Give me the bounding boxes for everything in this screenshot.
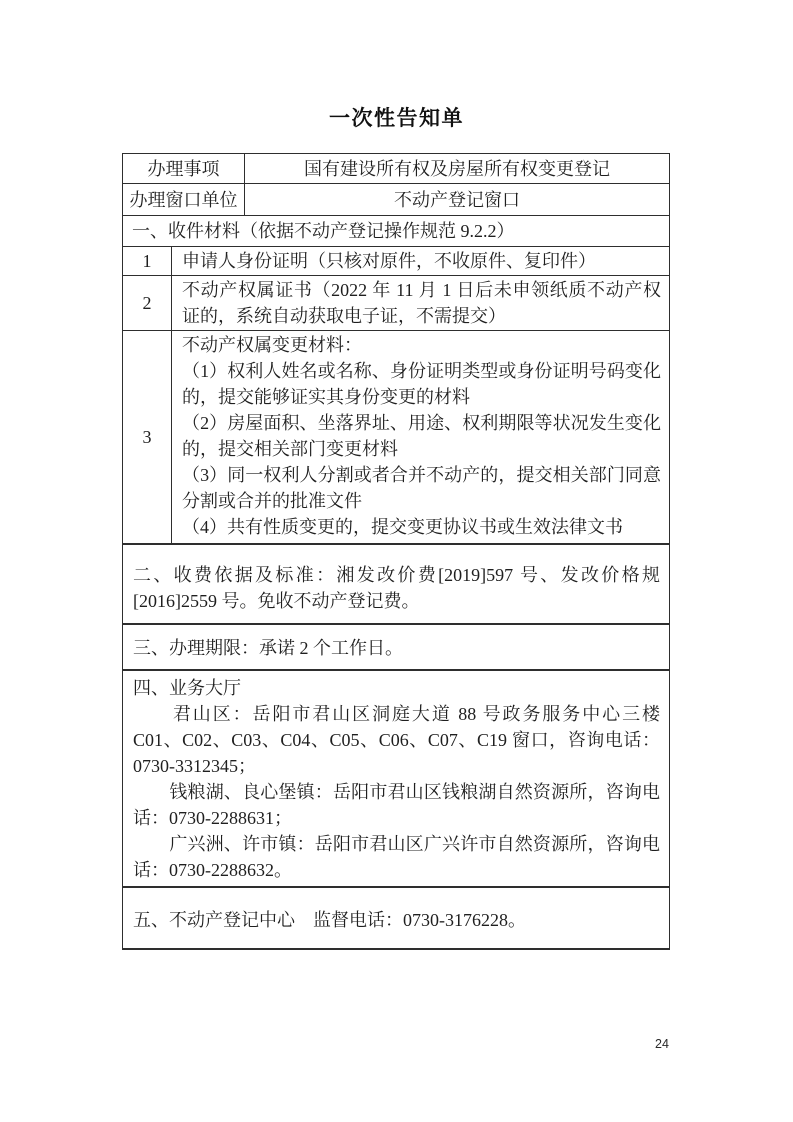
document-title: 一次性告知单 <box>0 102 793 132</box>
window-unit-value: 不动产登记窗口 <box>245 184 669 215</box>
row-section1-heading: 一、收件材料（依据不动产登记操作规范 9.2.2） <box>123 215 669 246</box>
item-1-text: 申请人身份证明（只核对原件，不收原件、复印件） <box>172 247 669 275</box>
page-number: 24 <box>655 1037 669 1051</box>
matter-value: 国有建设所有权及房屋所有权变更登记 <box>245 154 669 183</box>
row-window-unit: 办理窗口单位 不动产登记窗口 <box>123 183 669 215</box>
section1-heading: 一、收件材料（依据不动产登记操作规范 9.2.2） <box>123 216 669 246</box>
row-section5-supervision: 五、不动产登记中心 监督电话：0730-3176228。 <box>123 886 669 948</box>
item-3-number: 3 <box>123 331 172 543</box>
notice-table: 办理事项 国有建设所有权及房屋所有权变更登记 办理窗口单位 不动产登记窗口 一、… <box>122 153 670 950</box>
row-matter: 办理事项 国有建设所有权及房屋所有权变更登记 <box>123 154 669 183</box>
table-row-item-1: 1 申请人身份证明（只核对原件，不收原件、复印件） <box>123 246 669 275</box>
item-3-text: 不动产权属变更材料： （1）权利人姓名或名称、身份证明类型或身份证明号码变化的，… <box>172 331 669 543</box>
matter-label: 办理事项 <box>123 154 245 183</box>
window-unit-label: 办理窗口单位 <box>123 184 245 215</box>
section4-text: 四、业务大厅 君山区：岳阳市君山区洞庭大道 88 号政务服务中心三楼 C01、C… <box>123 671 669 886</box>
row-section2-fees: 二、收费依据及标准：湘发改价费[2019]597 号、发改价格规[2016]25… <box>123 543 669 623</box>
table-row-item-2: 2 不动产权属证书（2022 年 11 月 1 日后未申领纸质不动产权证的，系统… <box>123 275 669 330</box>
item-1-number: 1 <box>123 247 172 275</box>
section2-text: 二、收费依据及标准：湘发改价费[2019]597 号、发改价格规[2016]25… <box>123 545 669 623</box>
item-2-text: 不动产权属证书（2022 年 11 月 1 日后未申领纸质不动产权证的，系统自动… <box>172 276 669 330</box>
table-row-item-3: 3 不动产权属变更材料： （1）权利人姓名或名称、身份证明类型或身份证明号码变化… <box>123 330 669 543</box>
section3-text: 三、办理期限：承诺 2 个工作日。 <box>123 625 669 669</box>
section5-text: 五、不动产登记中心 监督电话：0730-3176228。 <box>123 888 669 948</box>
document-page: 一次性告知单 办理事项 国有建设所有权及房屋所有权变更登记 办理窗口单位 不动产… <box>0 0 793 1122</box>
row-section3-deadline: 三、办理期限：承诺 2 个工作日。 <box>123 623 669 669</box>
item-2-number: 2 <box>123 276 172 330</box>
row-section4-service-halls: 四、业务大厅 君山区：岳阳市君山区洞庭大道 88 号政务服务中心三楼 C01、C… <box>123 669 669 886</box>
